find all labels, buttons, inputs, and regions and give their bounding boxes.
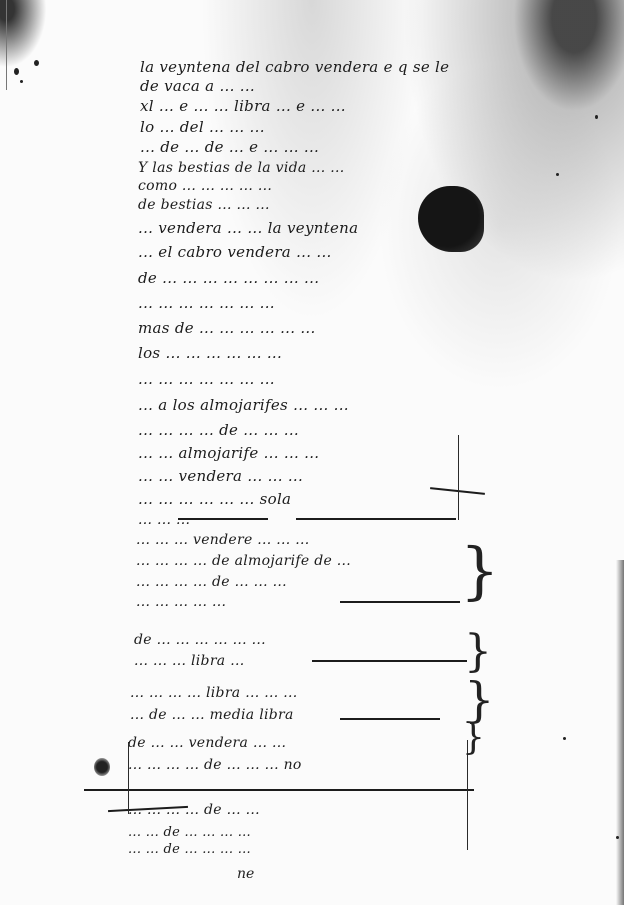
ink-speck: [14, 68, 19, 75]
text-line: ... ... ... ... ... ... sola: [138, 490, 291, 508]
line-filler-stroke: [340, 601, 460, 603]
text-line: ... ... de ... ... ... ...: [128, 825, 251, 840]
text-line: ... ... ... ... ... ... ...: [138, 294, 275, 312]
text-line: ... ... ... ... de almojarife de ...: [136, 553, 351, 569]
text-line: de vaca a ... ...: [140, 77, 255, 95]
text-line: ... el cabro vendera ... ...: [138, 243, 332, 261]
text-line: ... ... vendera ... ... ...: [138, 467, 303, 485]
page-edge-left: [0, 0, 7, 90]
ink-speck: [20, 80, 23, 83]
text-line: de ... ... ... ... ... ...: [134, 632, 266, 648]
line-filler-stroke: [312, 660, 467, 662]
text-line: ... ... ... ... de ... ... ... no: [128, 757, 302, 773]
margin-brace: }: [460, 540, 499, 602]
margin-brace: }: [464, 630, 492, 674]
ink-speck: [595, 115, 598, 119]
text-line: ... ... de ... ... ... ...: [128, 842, 251, 857]
terminal-flourish: ne: [237, 866, 254, 882]
text-line: mas de ... ... ... ... ... ...: [138, 319, 316, 337]
ruled-stroke: [84, 789, 474, 791]
ink-speck: [556, 173, 559, 176]
line-filler-stroke: [296, 518, 456, 520]
text-line: ... ... ... ... ... ... ...: [138, 370, 275, 388]
text-line: ... de ... ... media libra: [130, 707, 294, 723]
text-line: Y las bestias de la vida ... ...: [138, 160, 345, 176]
page-edge-right: [616, 560, 624, 905]
margin-rule: [128, 742, 129, 814]
ink-speck: [34, 60, 39, 66]
text-line: ... ... ... vendere ... ... ...: [136, 532, 310, 548]
text-line: ... ... ...: [138, 512, 190, 528]
ink-speck: [563, 737, 566, 740]
line-filler-stroke: [178, 518, 268, 520]
text-line: de ... ... vendera ... ...: [128, 735, 286, 751]
text-line: ... ... ... ... de ... ... ...: [138, 421, 299, 439]
text-line: ... ... ... ... ... ... ...: [128, 779, 256, 795]
text-line: ... a los almojarifes ... ... ...: [138, 396, 349, 414]
ink-speck: [616, 836, 619, 839]
text-line: ... ... ... ... libra ... ... ...: [130, 685, 297, 701]
manuscript-page: la veyntena del cabro vendera e q se le …: [0, 0, 624, 905]
text-line: ... vendera ... ... la veyntena: [138, 219, 358, 237]
text-line: ... ... ... ... de ... ... ...: [136, 574, 287, 590]
text-line: ... ... ... libra ...: [134, 653, 244, 669]
line-filler-stroke: [340, 718, 440, 720]
margin-rule: [458, 435, 459, 520]
margin-brace: }: [462, 720, 485, 756]
ink-blot: [418, 186, 484, 252]
text-line: la veyntena del cabro vendera e q se le: [140, 58, 449, 76]
text-line: lo ... del ... ... ...: [140, 118, 265, 136]
text-line: ... ... almojarife ... ... ...: [138, 444, 319, 462]
text-line: ... ... ... ... ...: [136, 594, 226, 610]
text-line: los ... ... ... ... ... ...: [138, 344, 282, 362]
text-line: de bestias ... ... ...: [138, 197, 270, 213]
ink-smudge: [94, 758, 110, 776]
text-line: xl ... e ... ... libra ... e ... ...: [140, 97, 346, 115]
text-line: como ... ... ... ... ...: [138, 178, 272, 194]
text-line: ... de ... de ... e ... ... ...: [140, 138, 319, 156]
text-line: de ... ... ... ... ... ... ... ...: [138, 269, 319, 287]
